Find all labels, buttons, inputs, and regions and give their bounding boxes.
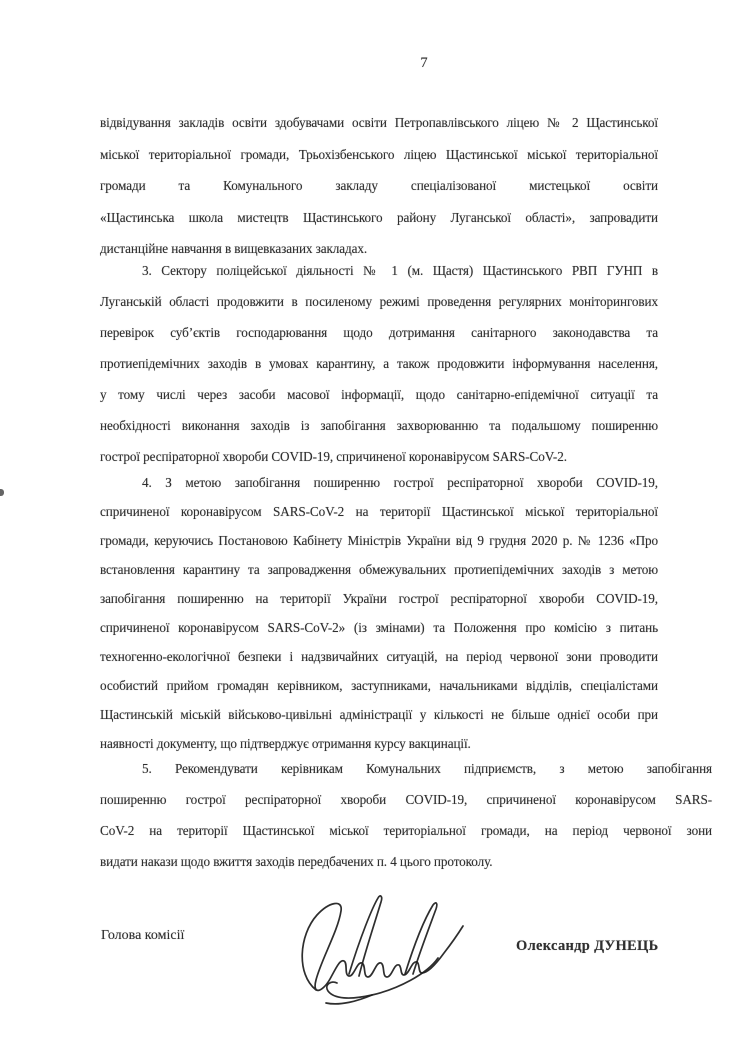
text-line: поширенню гострої респіраторної хвороби … <box>100 784 712 815</box>
scanned-document-page: 7 відвідування закладів освіти здобувача… <box>0 0 750 1060</box>
text-line: громади та Комунального закладу спеціалі… <box>100 170 658 202</box>
text-line: видати накази щодо вжиття заходів передб… <box>100 846 712 877</box>
text-line: протиепідемічних заходів в умовах карант… <box>100 348 658 379</box>
text-line: «Щастинська школа мистецтв Щастинського … <box>100 202 658 234</box>
paragraph-item-4: 4. З метою запобігання поширенню гострої… <box>100 468 658 758</box>
text-line: спричиненої коронавірусом SARS-CoV-2 на … <box>100 497 658 526</box>
text-line: у тому числі через засоби масової інформ… <box>100 379 658 410</box>
signatory-role-label: Голова комісії <box>101 928 184 944</box>
text-line: відвідування закладів освіти здобувачами… <box>100 107 658 139</box>
text-line: встановлення карантину та запровадження … <box>100 555 658 584</box>
text-line: Луганській області продовжити в посилено… <box>100 286 658 317</box>
text-line: перевірок суб’єктів господарювання щодо … <box>100 317 658 348</box>
page-number: 7 <box>412 55 436 72</box>
text-line: міської територіальної громади, Трьохізб… <box>100 139 658 171</box>
text-line: CoV-2 на території Щастинської міської т… <box>100 815 712 846</box>
text-line: техногенно-екологічної безпеки і надзвич… <box>100 642 658 671</box>
signatory-name: Олександр ДУНЕЦЬ <box>516 938 659 955</box>
paragraph-continuation: відвідування закладів освіти здобувачами… <box>100 107 658 265</box>
text-line: 4. З метою запобігання поширенню гострої… <box>100 468 658 497</box>
text-line: спричиненої коронавірусом SARS-CoV-2» (і… <box>100 613 658 642</box>
text-line: особистий прийом громадян керівником, за… <box>100 671 658 700</box>
handwritten-signature-icon <box>286 890 471 1008</box>
text-line: громади, керуючись Постановою Кабінету М… <box>100 526 658 555</box>
text-line: 5. Рекомендувати керівникам Комунальних … <box>100 753 712 784</box>
text-line: запобігання поширенню на території Украї… <box>100 584 658 613</box>
text-line: Щастинській міській військово-цивільні а… <box>100 700 658 729</box>
paragraph-item-5: 5. Рекомендувати керівникам Комунальних … <box>100 753 712 877</box>
text-line: 3. Сектору поліцейської діяльності № 1 (… <box>100 255 658 286</box>
scan-edge-artifact <box>0 489 4 496</box>
paragraph-item-3: 3. Сектору поліцейської діяльності № 1 (… <box>100 255 658 472</box>
text-line: необхідності виконання заходів із запобі… <box>100 410 658 441</box>
